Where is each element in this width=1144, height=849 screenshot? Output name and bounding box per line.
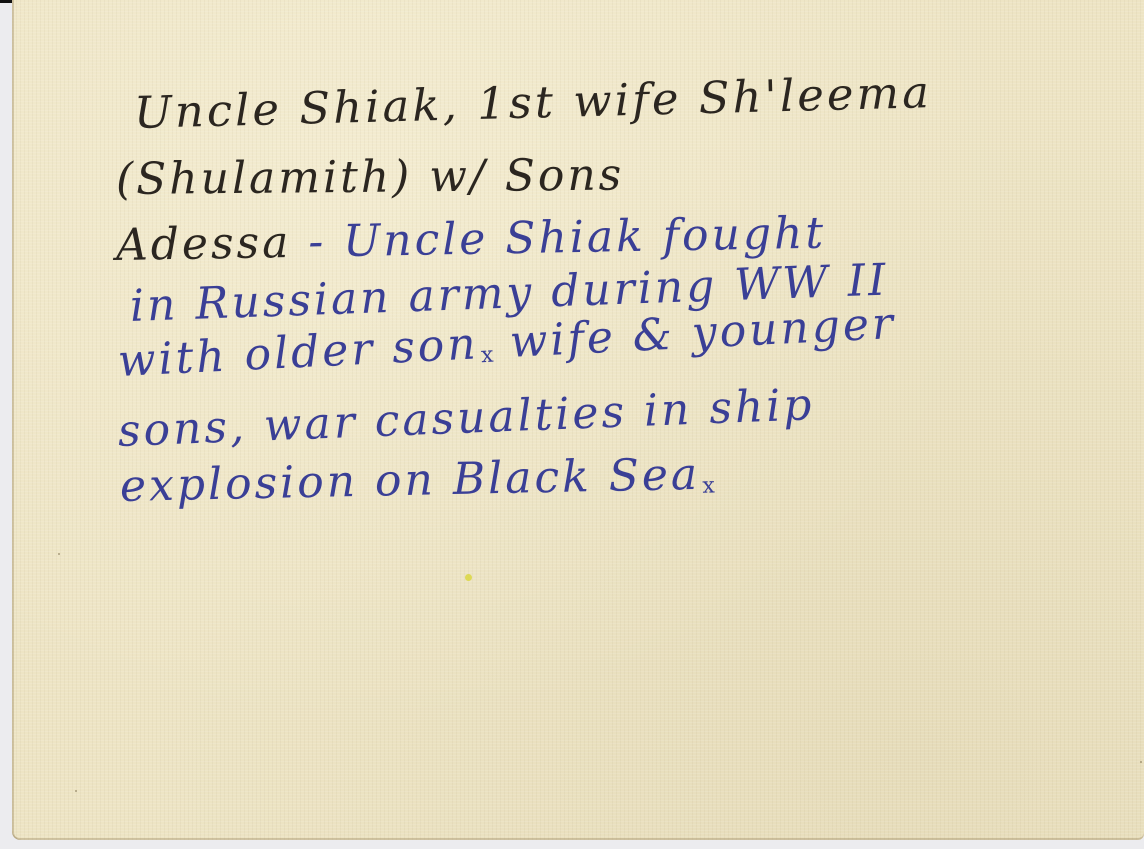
paper-speck	[465, 574, 472, 581]
note-line-6: sons, war casualties in ship	[117, 383, 815, 454]
x-mark-annotation: x	[702, 474, 715, 499]
note-line-2-text: (Shulamith) w/ Sons	[116, 150, 625, 205]
note-line-6-text: sons, war casualties in ship	[117, 379, 815, 457]
note-line-3-place: Adessa	[116, 217, 292, 271]
note-card: Uncle Shiak, 1st wife Sh'leema (Shulamit…	[12, 0, 1144, 840]
note-line-7-text: explosion on Black Sea	[119, 449, 700, 512]
paper-speck	[1140, 761, 1142, 763]
note-line-1-text: Uncle Shiak, 1st wife Sh'leema	[133, 67, 932, 139]
scan-edge-mark	[0, 0, 12, 3]
note-line-2: (Shulamith) w/ Sons	[116, 154, 625, 202]
note-line-1: Uncle Shiak, 1st wife Sh'leema	[133, 71, 932, 136]
note-line-7: explosion on Black Seax	[120, 453, 715, 510]
paper-speck	[75, 790, 77, 792]
paper-speck	[58, 553, 60, 555]
